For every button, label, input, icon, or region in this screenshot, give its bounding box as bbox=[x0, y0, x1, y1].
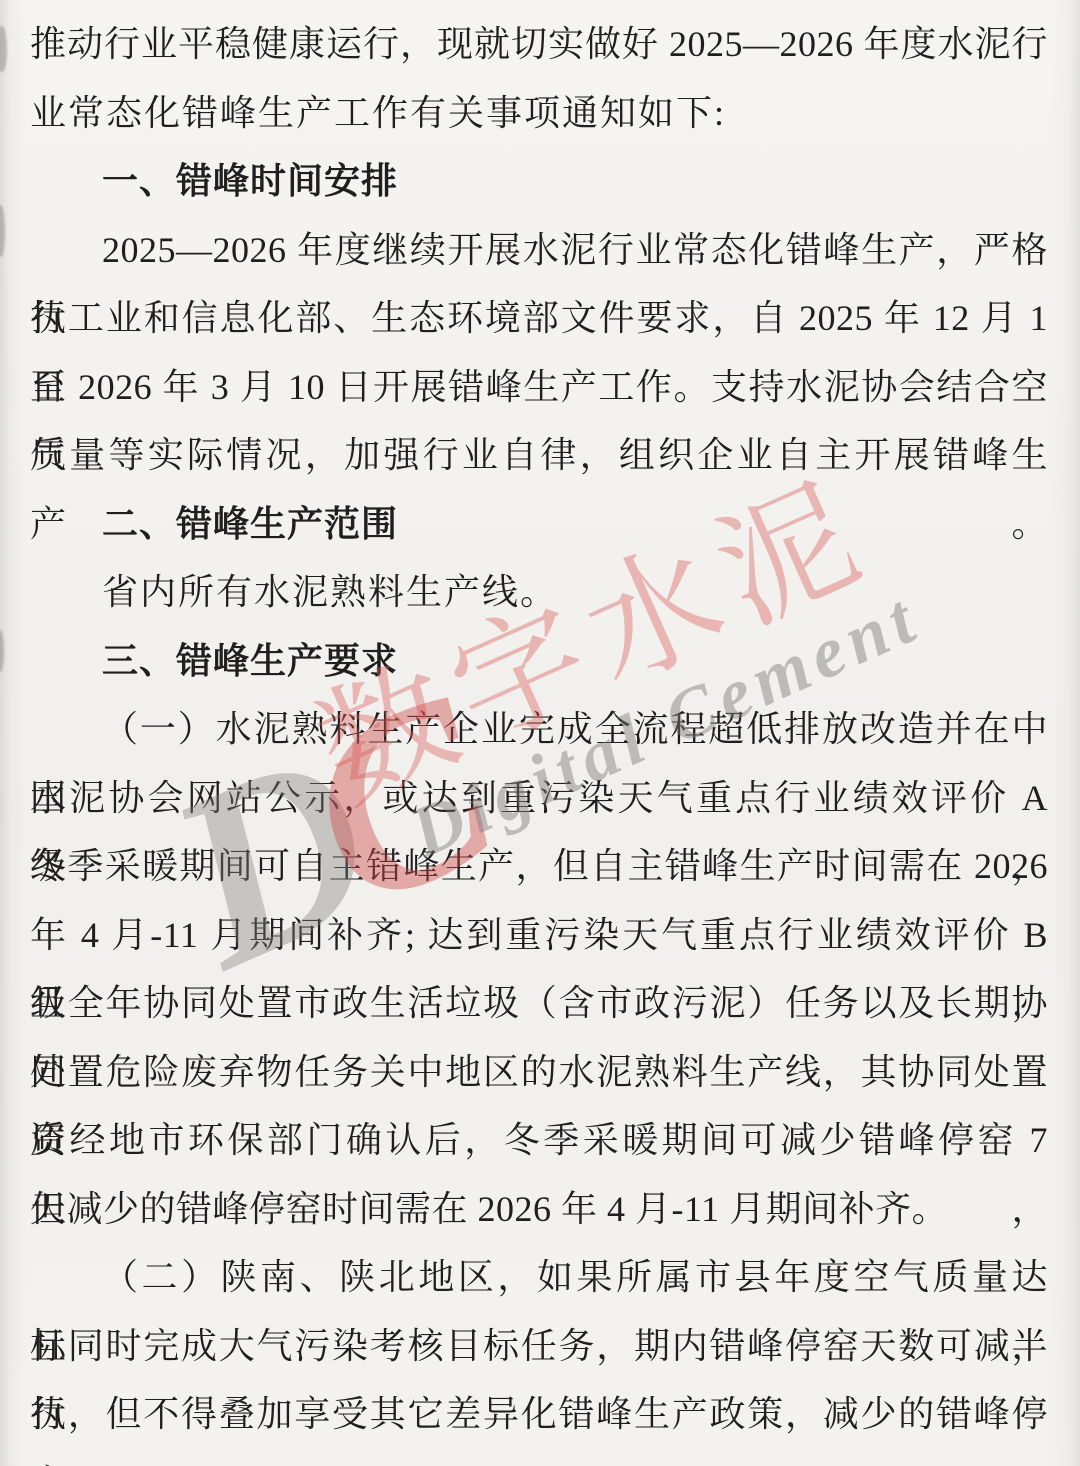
text-line: 冬季采暖期间可自主错峰生产，但自主错峰生产时间需在 2026 bbox=[30, 832, 1048, 901]
document-page: 推动行业平稳健康运行，现就切实做好 2025—2026 年度水泥行 业常态化错峰… bbox=[0, 0, 1080, 1466]
text-line: 行，但不得叠加享受其它差异化错峰生产政策，减少的错峰停窑 bbox=[30, 1380, 1048, 1449]
section-heading-3: 三、错峰生产要求 bbox=[30, 627, 1048, 696]
text-line: 水泥协会网站公示，或达到重污染天气重点行业绩效评价 A 级， bbox=[30, 764, 1048, 833]
text-line: 年 4 月-11 月期间补齐; 达到重污染天气重点行业绩效评价 B 级， bbox=[30, 901, 1048, 970]
text-line: 但减少的错峰停窑时间需在 2026 年 4 月-11 月期间补齐。 bbox=[30, 1175, 1048, 1244]
scan-smudge bbox=[0, 205, 5, 257]
text-line: 处置危险废弃物任务关中地区的水泥熟料生产线，其协同处置资 bbox=[30, 1038, 1048, 1107]
text-line: 2025—2026 年度继续开展水泥行业常态化错峰生产，严格执 bbox=[30, 216, 1048, 285]
section-heading-1: 一、错峰时间安排 bbox=[30, 147, 1048, 216]
text-line: 推动行业平稳健康运行，现就切实做好 2025—2026 年度水泥行 bbox=[30, 10, 1048, 79]
notice-text-block: 推动行业平稳健康运行，现就切实做好 2025—2026 年度水泥行 业常态化错峰… bbox=[30, 10, 1048, 1449]
text-line: 质量等实际情况，加强行业自律，组织企业自主开展错峰生产。 bbox=[30, 421, 1048, 490]
text-line: 省内所有水泥熟料生产线。 bbox=[30, 558, 1048, 627]
scan-smudge bbox=[0, 26, 7, 72]
text-line: 行工业和信息化部、生态环境部文件要求，自 2025 年 12 月 1 日 bbox=[30, 284, 1048, 353]
text-line: 业常态化错峰生产工作有关事项通知如下: bbox=[30, 79, 1048, 148]
text-line: （一）水泥熟料生产企业完成全流程超低排放改造并在中国 bbox=[30, 695, 1048, 764]
scan-smudge bbox=[0, 630, 4, 672]
text-line: 且同时完成大气污染考核目标任务，期内错峰停窑天数可减半执 bbox=[30, 1312, 1048, 1381]
text-line: 质经地市环保部门确认后，冬季采暖期间可减少错峰停窑 7 天， bbox=[30, 1106, 1048, 1175]
text-line: （二）陕南、陕北地区，如果所属市县年度空气质量达标， bbox=[30, 1243, 1048, 1312]
text-line: 且全年协同处置市政生活垃圾（含市政污泥）任务以及长期协同 bbox=[30, 969, 1048, 1038]
text-line: 至 2026 年 3 月 10 日开展错峰生产工作。支持水泥协会结合空气 bbox=[30, 353, 1048, 422]
